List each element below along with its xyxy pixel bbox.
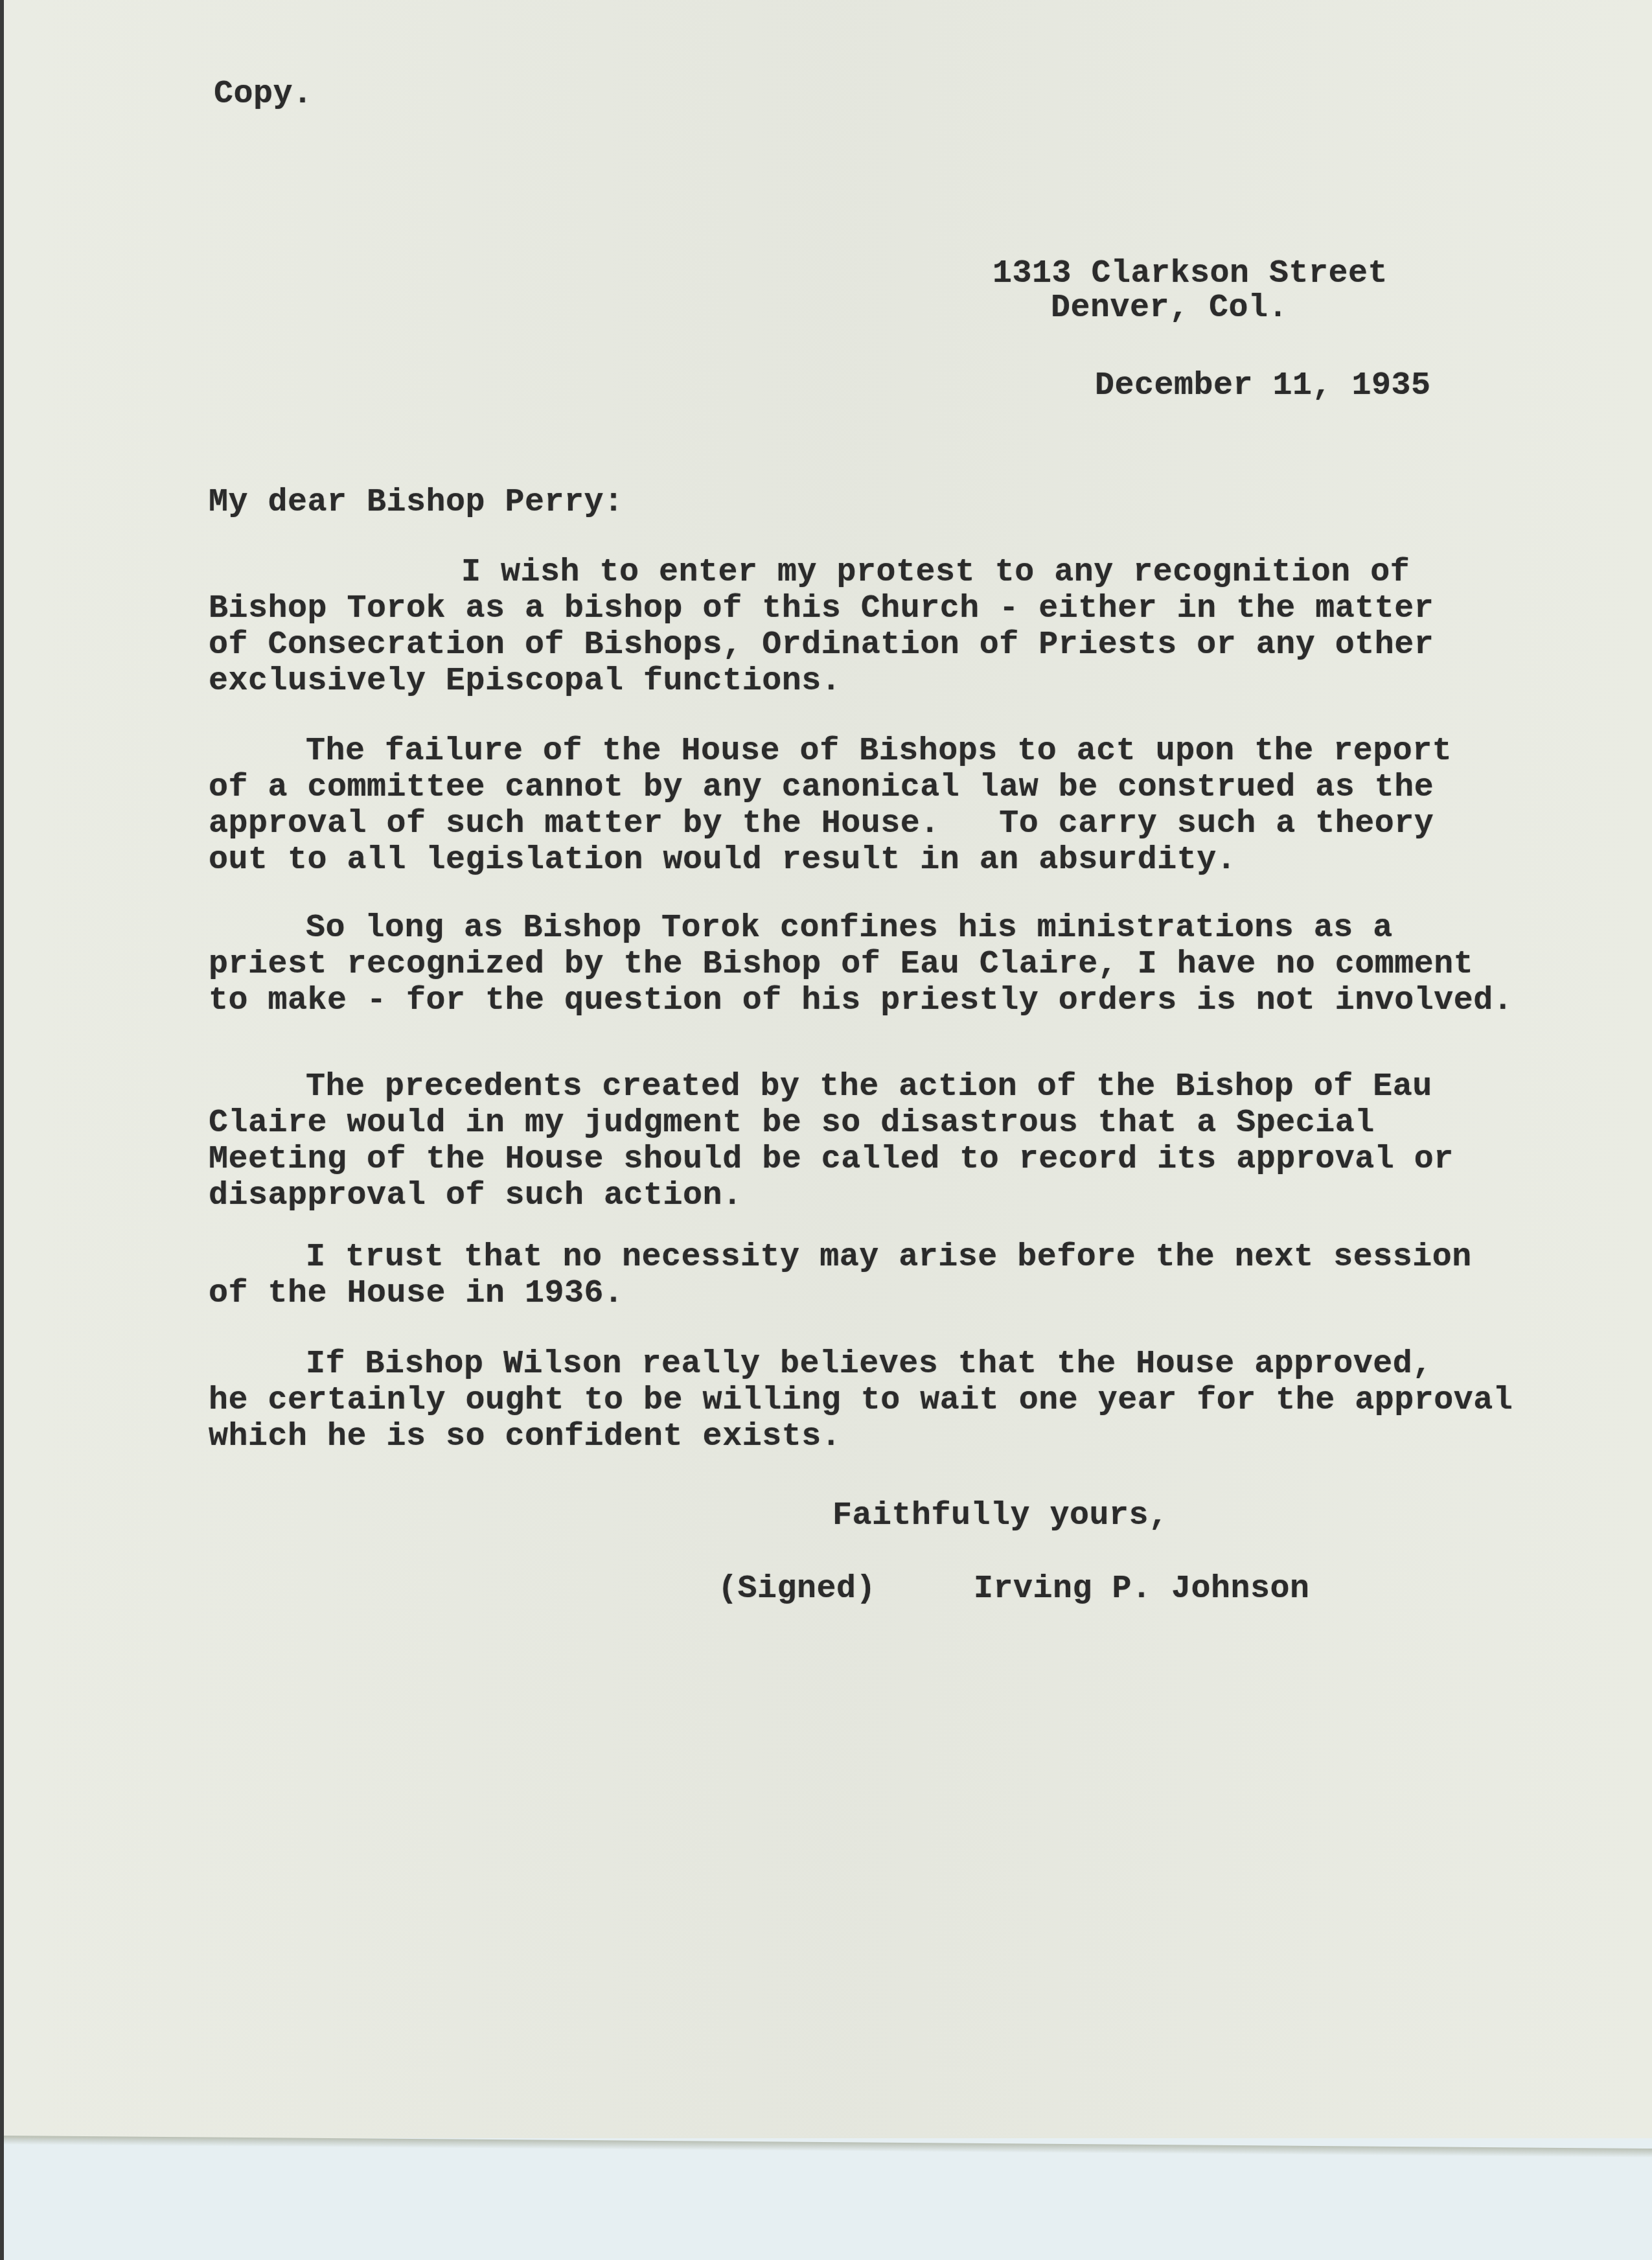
paragraph-line: out to all legislation would result in a… [209,842,1452,879]
paragraph-line: I trust that no necessity may arise befo… [209,1240,1472,1276]
signer-name: Irving P. Johnson [974,1571,1310,1608]
paragraph-line: The failure of the House of Bishops to a… [209,733,1452,770]
sender-address-street: 1313 Clarkson Street [992,256,1388,292]
paragraph-protest: I wish to enter my protest to any recogn… [209,555,1434,700]
page-bottom-shadow [4,2136,1652,2158]
paragraph-line: of Consecration of Bishops, Ordination o… [209,627,1434,663]
paragraph-line: of a committee cannot by any canonical l… [209,770,1452,806]
paragraph-line: Claire would in my judgment be so disast… [209,1105,1454,1142]
paragraph-next-session: I trust that no necessity may arise befo… [209,1240,1472,1312]
letter-date: December 11, 1935 [1095,368,1431,404]
copy-label: Copy. [214,76,313,113]
signed-label: (Signed) [718,1571,876,1608]
paragraph-failure-of-house: The failure of the House of Bishops to a… [209,733,1452,879]
sender-address-city: Denver, Col. [1051,290,1288,327]
paragraph-line: which he is so confident exists. [209,1419,1513,1455]
paragraph-line: disapproval of such action. [209,1178,1454,1214]
paragraph-line: Meeting of the House should be called to… [209,1142,1454,1178]
paragraph-precedents: The precedents created by the action of … [209,1069,1454,1214]
paragraph-line: Bishop Torok as a bishop of this Church … [209,591,1434,627]
paragraph-line: If Bishop Wilson really believes that th… [209,1346,1513,1383]
paragraph-priestly-orders: So long as Bishop Torok confines his min… [209,910,1513,1019]
paragraph-line: approval of such matter by the House. To… [209,806,1452,842]
paragraph-line: exclusively Episcopal functions. [209,663,1434,700]
paragraph-line: of the House in 1936. [209,1276,1472,1312]
paragraph-line: to make - for the question of his priest… [209,983,1513,1019]
paragraph-line: priest recognized by the Bishop of Eau C… [209,947,1513,983]
paragraph-line: So long as Bishop Torok confines his min… [209,910,1513,947]
salutation: My dear Bishop Perry: [209,485,624,521]
paragraph-line: I wish to enter my protest to any recogn… [209,555,1434,591]
closing: Faithfully yours, [832,1498,1169,1534]
paragraph-bishop-wilson: If Bishop Wilson really believes that th… [209,1346,1513,1455]
paragraph-line: The precedents created by the action of … [209,1069,1454,1105]
paragraph-line: he certainly ought to be willing to wait… [209,1383,1513,1419]
